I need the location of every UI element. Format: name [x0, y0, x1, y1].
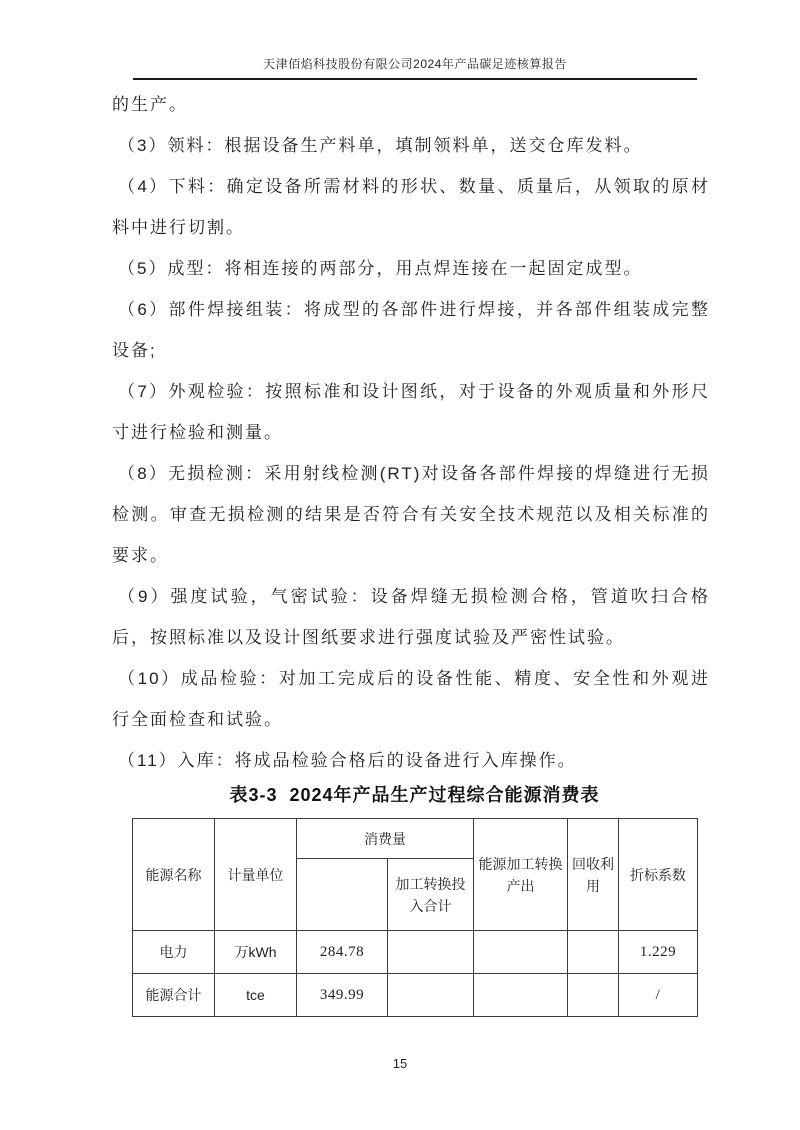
page-number: 15 [0, 1056, 800, 1071]
paragraph: （7）外观检验：按照标准和设计图纸，对于设备的外观质量和外形尺寸进行检验和测量。 [112, 371, 710, 453]
paragraph: （9）强度试验，气密试验：设备焊缝无损检测合格，管道吹扫合格后，按照标准以及设计… [112, 576, 710, 658]
table-cell-processing-output [474, 931, 568, 974]
header-consumption-input-total: 加工转换投入合计 [388, 859, 474, 931]
header-consumption: 消费量 [297, 819, 474, 859]
header-processing-output: 能源加工转换产出 [474, 819, 568, 931]
paragraph: 的生产。 [112, 84, 710, 125]
table-cell-name: 电力 [133, 931, 215, 974]
table-cell-processing-output [474, 974, 568, 1017]
paragraph: （11）入库：将成品检验合格后的设备进行入库操作。 [112, 740, 710, 781]
header-conversion-factor: 折标系数 [619, 819, 698, 931]
table-cell-consumption-input-total [388, 974, 474, 1017]
paragraph: （10）成品检验：对加工完成后的设备性能、精度、安全性和外观进行全面检查和试验。 [112, 658, 710, 740]
paragraph: （3）领料：根据设备生产料单，填制领料单，送交仓库发料。 [112, 125, 710, 166]
paragraph: （4）下料：确定设备所需材料的形状、数量、质量后，从领取的原材料中进行切割。 [112, 166, 710, 248]
table-cell-name: 能源合计 [133, 974, 215, 1017]
document-page: 天津佰焰科技股份有限公司2024年产品碳足迹核算报告 的生产。（3）领料：根据设… [0, 0, 800, 1130]
table-cell-unit: tce [215, 974, 297, 1017]
header-title: 天津佰焰科技股份有限公司2024年产品碳足迹核算报告 [133, 55, 697, 72]
table-cell-consumption: 349.99 [297, 974, 388, 1017]
energy-consumption-table: 能源名称 计量单位 消费量 能源加工转换产出 回收利用 折标系数 加工转换投入合… [132, 818, 698, 1017]
paragraph: （8）无损检测：采用射线检测(RT)对设备各部件焊接的焊缝进行无损检测。审查无损… [112, 453, 710, 576]
table-cell-consumption-input-total [388, 931, 474, 974]
header-consumption-blank [297, 859, 388, 931]
table-cell-recovery [568, 931, 619, 974]
table-cell-factor: 1.229 [619, 931, 698, 974]
header-recovery: 回收利用 [568, 819, 619, 931]
table-row: 能源合计tce349.99/ [133, 974, 698, 1017]
table-title: 表3-3 2024年产品生产过程综合能源消费表 [132, 781, 697, 807]
paragraph: （5）成型：将相连接的两部分，用点焊连接在一起固定成型。 [112, 248, 710, 289]
page-header: 天津佰焰科技股份有限公司2024年产品碳足迹核算报告 [133, 0, 697, 80]
header-energy-name: 能源名称 [133, 819, 215, 931]
table-cell-unit: 万kWh [215, 931, 297, 974]
document-body: 的生产。（3）领料：根据设备生产料单，填制领料单，送交仓库发料。（4）下料：确定… [112, 84, 710, 781]
table-cell-factor: / [619, 974, 698, 1017]
table-header-row-1: 能源名称 计量单位 消费量 能源加工转换产出 回收利用 折标系数 [133, 819, 698, 859]
header-unit: 计量单位 [215, 819, 297, 931]
table-cell-recovery [568, 974, 619, 1017]
table-cell-consumption: 284.78 [297, 931, 388, 974]
paragraph: （6）部件焊接组装：将成型的各部件进行焊接，并各部件组装成完整设备; [112, 289, 710, 371]
table-row: 电力万kWh284.781.229 [133, 931, 698, 974]
